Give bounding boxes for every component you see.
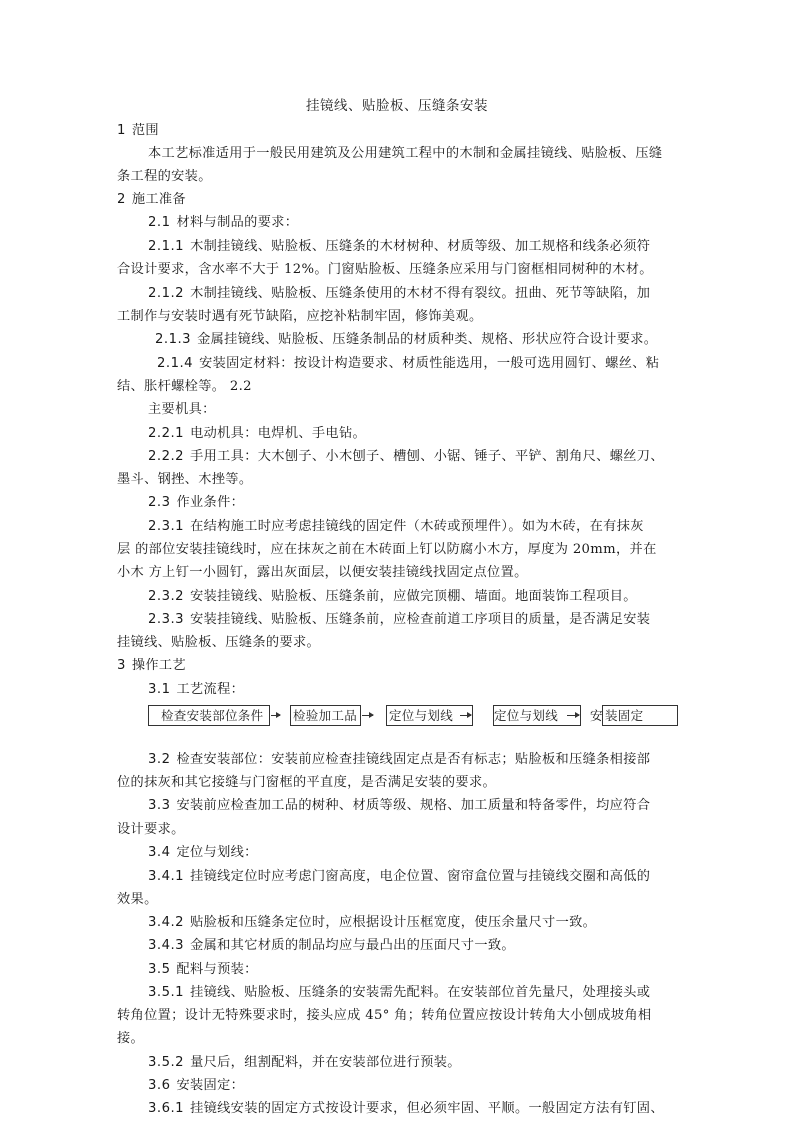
line-text: 作业条件： [176,495,244,510]
line-text: 条工程的安装。 [117,169,212,184]
line-text: 安装前应检查加工品的树种、材质等级、规格、加工质量和特备零件，均应符合 [176,798,650,813]
line-text: 操作工艺 [132,658,186,673]
line-text: 本工艺标准适用于一般民用建筑及公用建筑工程中的木制和金属挂镜线、贴脸板、压缝 [148,146,662,161]
line-text: 手用工具：大木刨子、小木刨子、槽刨、小锯、锤子、平铲、割角尺、螺丝刀、 [190,449,664,464]
paragraph-line: 3.6安装固定： [148,1078,678,1094]
line-text: 木制挂镜线、贴脸板、压缝条使用的木材不得有裂纹。扭曲、死节等缺陷，加 [190,286,650,301]
line-text: 检查安装部位：安装前应检查挂镜线固定点是否有标志；贴脸板和压缝条相接部 [176,752,650,767]
line-text: 电动机具：电焊机、手电钻。 [190,426,366,441]
paragraph-line: 主要机具： [148,402,678,418]
paragraph-line: 3.1工艺流程： [148,682,678,698]
paragraph-line: 2.3.1在结构施工时应考虑挂镜线的固定件（木砖或预埋件）。如为木砖，在有抹灰 [148,519,678,535]
section-number: 2.3.3 [148,612,184,627]
line-text: 工艺流程： [176,682,244,697]
paragraph-line: 2.3.3安装挂镜线、贴脸板、压缝条前，应检查前道工序项目的质量，是否满足安装 [148,612,678,628]
flow-stray-char: 安 [590,706,603,725]
section-number: 3.4.3 [148,938,184,953]
line-text: 安装挂镜线、贴脸板、压缝条前，应做完顶棚、墙面。地面装饰工程项目。 [190,589,637,604]
section-number: 3 [117,658,126,673]
line-text: 挂镜线安装的固定方式按设计要求，但必须牢固、平顺。一般固定方法有钉固、 [190,1101,664,1116]
line-text: 挂镜线、贴脸板、压缝条的安装需先配料。在安装部位首先量尺，处理接头或 [190,985,650,1000]
line-text: 接。 [117,1031,144,1046]
paragraph-line: 2.1.4安装固定材料：按设计构造要求、材质性能选用，一般可选用圆钉、螺丝、粘 [157,356,678,372]
line-text: 挂镜线定位时应考虑门窗高度，电企位置、窗帘盒位置与挂镜线交圈和高低的 [190,869,650,884]
section-number: 2.2.2 [148,449,184,464]
line-text: 在结构施工时应考虑挂镜线的固定件（木砖或预埋件）。如为木砖，在有抹灰 [190,519,644,534]
line-text: 效果。 [117,892,158,907]
line-text: 设计要求。 [117,822,185,837]
line-text: 木制挂镜线、贴脸板、压缝条的木材树种、材质等级、加工规格和线条必须符 [190,239,650,254]
section-number: 3.3 [148,798,170,813]
flow-step-label: 检验加工品 [293,708,357,723]
section-number: 3.6.1 [148,1101,184,1116]
flow-step-label: 定位与划线 [494,708,558,723]
paragraph-line: 合设计要求，含水率不大于 12%。门窗贴脸板、压缝条应采用与门窗框相同树种的木材… [117,262,679,278]
section-number: 2.1 [148,215,170,230]
paragraph-line: 2.1材料与制品的要求： [148,215,678,231]
section-number: 2.3 [148,495,170,510]
flow-arrow-icon [460,715,471,716]
line-text: 工制作与安装时遇有死节缺陷，应挖补粘制牢固，修饰美观。 [117,309,483,324]
line-text: 安装固定： [176,1078,244,1093]
flow-arrow-icon [271,715,280,716]
section-number: 2.2.1 [148,426,184,441]
paragraph-line: 3.4.3金属和其它材质的制品均应与最凸出的压面尺寸一致。 [148,938,678,954]
paragraph-line: 2.1.2木制挂镜线、贴脸板、压缝条使用的木材不得有裂纹。扭曲、死节等缺陷，加 [148,286,678,302]
paragraph-line: 接。 [117,1031,679,1047]
section-number: 2.3.2 [148,589,184,604]
line-text: 挂镜线、贴脸板、压缝条安装 [306,98,488,114]
paragraph-line: 设计要求。 [117,822,679,838]
line-text: 贴脸板和压缝条定位时，应根据设计压框宽度，使压余量尺寸一致。 [190,915,596,930]
flow-step-label: 装固定 [605,708,643,723]
flow-step-box: 检查安装部位条件 [148,705,270,726]
paragraph-line: 条工程的安装。 [117,169,679,185]
line-text: 合设计要求，含水率不大于 12%。门窗贴脸板、压缝条应采用与门窗框相同树种的木材… [117,262,653,277]
paragraph-line: 3.5配料与预装： [148,962,678,978]
line-text: 金属挂镜线、贴脸板、压缝条制品的材质种类、规格、形状应符合设计要求。 [197,332,657,347]
section-number: 2.1.2 [148,286,184,301]
paragraph-line: 位的抹灰和其它接缝与门窗框的平直度，是否满足安装的要求。 [117,775,679,791]
section-number: 3.4.2 [148,915,184,930]
line-text: 位的抹灰和其它接缝与门窗框的平直度，是否满足安装的要求。 [117,775,496,790]
section-number: 2.1.3 [155,332,191,347]
section-heading: 1范围 [117,123,679,139]
line-text: 挂镜线、贴脸板、压缝条的要求。 [117,635,320,650]
flow-arrow-icon [567,715,579,716]
line-text: 结、胀杆螺栓等。 2.2 [117,379,252,394]
paragraph-line: 2.3作业条件： [148,495,678,511]
paragraph-line: 本工艺标准适用于一般民用建筑及公用建筑工程中的木制和金属挂镜线、贴脸板、压缝 [148,146,678,162]
paragraph-line: 3.5.2量尺后，组割配料，并在安装部位进行预装。 [148,1055,678,1071]
section-number: 3.2 [148,752,170,767]
paragraph-line: 墨斗、钢挫、木挫等。 [117,472,679,488]
section-heading: 2施工准备 [117,192,679,208]
flow-step-label: 检查安装部位条件 [161,708,263,723]
paragraph-line: 3.4.2贴脸板和压缝条定位时，应根据设计压框宽度，使压余量尺寸一致。 [148,915,678,931]
paragraph-line: 转角位置；设计无特殊要求时，接头应成 45° 角；转角位置应按设计转角大小刨成坡… [117,1008,679,1024]
paragraph-line: 2.1.3金属挂镜线、贴脸板、压缝条制品的材质种类、规格、形状应符合设计要求。 [155,332,678,348]
line-text: 范围 [132,123,159,138]
paragraph-line: 2.2.1电动机具：电焊机、手电钻。 [148,426,678,442]
paragraph-line: 结、胀杆螺栓等。 2.2 [117,379,679,395]
section-number: 3.4.1 [148,869,184,884]
paragraph-line: 3.4定位与划线： [148,845,678,861]
line-text: 金属和其它材质的制品均应与最凸出的压面尺寸一致。 [190,938,515,953]
line-text: 配料与预装： [176,962,257,977]
flow-arrow-icon [362,715,373,716]
section-number: 3.4 [148,845,170,860]
paragraph-line: 2.2.2手用工具：大木刨子、小木刨子、槽刨、小锯、锤子、平铲、割角尺、螺丝刀、 [148,449,678,465]
section-number: 3.5.1 [148,985,184,1000]
document-title: 挂镜线、贴脸板、压缝条安装 [0,98,794,114]
line-text: 材料与制品的要求： [176,215,298,230]
paragraph-line: 2.3.2安装挂镜线、贴脸板、压缝条前，应做完顶棚、墙面。地面装饰工程项目。 [148,589,678,605]
paragraph-line: 2.1.1木制挂镜线、贴脸板、压缝条的木材树种、材质等级、加工规格和线条必须符 [148,239,678,255]
paragraph-line: 3.6.1挂镜线安装的固定方式按设计要求，但必须牢固、平顺。一般固定方法有钉固、 [148,1101,678,1117]
flow-step-label: 定位与划线 [389,708,453,723]
section-number: 2.3.1 [148,519,184,534]
line-text: 安装挂镜线、贴脸板、压缝条前，应检查前道工序项目的质量，是否满足安装 [190,612,650,627]
document-page: 挂镜线、贴脸板、压缝条安装1范围本工艺标准适用于一般民用建筑及公用建筑工程中的木… [0,0,794,1123]
section-number: 3.1 [148,682,170,697]
line-text: 主要机具： [148,402,216,417]
paragraph-line: 效果。 [117,892,679,908]
flow-step-box: 检验加工品 [290,705,361,726]
paragraph-line: 小木 方上钉一小圆钉，露出灰面层，以便安装挂镜线找固定点位置。 [117,565,679,581]
section-number: 2 [117,192,126,207]
section-number: 3.5 [148,962,170,977]
paragraph-line: 工制作与安装时遇有死节缺陷，应挖补粘制牢固，修饰美观。 [117,309,679,325]
line-text: 量尺后，组割配料，并在安装部位进行预装。 [190,1055,461,1070]
line-text: 定位与划线： [176,845,257,860]
section-number: 2.1.1 [148,239,184,254]
line-text: 安装固定材料：按设计构造要求、材质性能选用，一般可选用圆钉、螺丝、粘 [199,356,659,371]
paragraph-line: 挂镜线、贴脸板、压缝条的要求。 [117,635,679,651]
section-number: 3.6 [148,1078,170,1093]
line-text: 小木 方上钉一小圆钉，露出灰面层，以便安装挂镜线找固定点位置。 [117,565,528,580]
line-text: 施工准备 [132,192,186,207]
line-text: 转角位置；设计无特殊要求时，接头应成 45° 角；转角位置应按设计转角大小刨成坡… [117,1008,651,1023]
paragraph-line: 3.2检查安装部位：安装前应检查挂镜线固定点是否有标志；贴脸板和压缝条相接部 [148,752,678,768]
paragraph-line: 3.4.1挂镜线定位时应考虑门窗高度，电企位置、窗帘盒位置与挂镜线交圈和高低的 [148,869,678,885]
paragraph-line: 层 的部位安装挂镜线时，应在抹灰之前在木砖面上钉以防腐小木方，厚度为 20mm，… [117,542,679,558]
section-number: 2.1.4 [157,356,193,371]
paragraph-line: 3.3安装前应检查加工品的树种、材质等级、规格、加工质量和特备零件，均应符合 [148,798,678,814]
section-number: 1 [117,123,126,138]
section-heading: 3操作工艺 [117,658,679,674]
line-text: 层 的部位安装挂镜线时，应在抹灰之前在木砖面上钉以防腐小木方，厚度为 20mm，… [117,542,657,557]
section-number: 3.5.2 [148,1055,184,1070]
flow-step-box: 装固定 [602,705,678,726]
paragraph-line: 3.5.1挂镜线、贴脸板、压缝条的安装需先配料。在安装部位首先量尺，处理接头或 [148,985,678,1001]
line-text: 墨斗、钢挫、木挫等。 [117,472,252,487]
